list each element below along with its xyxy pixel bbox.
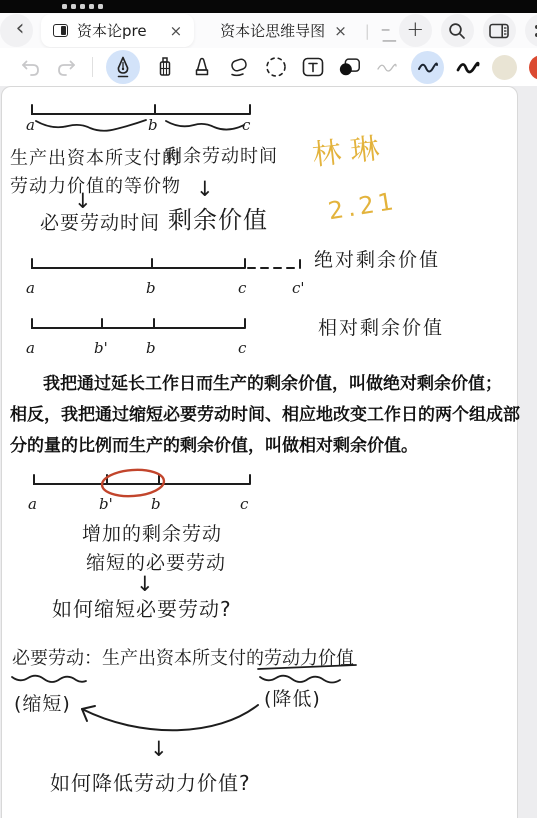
lasso-tool[interactable] (264, 55, 288, 79)
close-tab-icon[interactable]: × (334, 22, 347, 40)
diagram-caption: 相对剩余价值 (318, 313, 444, 340)
stroke-width-thin[interactable] (375, 55, 399, 79)
book-quote: 我把通过延长工作日而生产的剩余价值，叫做绝对剩余价值； 相反，我把通过缩短必要劳… (10, 369, 513, 462)
status-dot-icon (89, 4, 94, 9)
tab-label: 资本论pre (77, 20, 147, 41)
axis-label: c (242, 116, 250, 134)
marker-icon (155, 56, 175, 78)
handwritten-text: 增加的剩余劳动 (82, 519, 222, 546)
search-icon (448, 22, 466, 40)
tab-capital-mindmap[interactable]: 资本论思维导图 × (208, 14, 359, 47)
lasso-icon (264, 55, 288, 79)
definition-line: 必要劳动：生产出资本所支付的劳动力价值 (12, 644, 354, 670)
toolbar-divider (92, 57, 93, 77)
down-arrow-icon: ↓ (196, 177, 214, 201)
status-dot-icon (71, 4, 76, 9)
handwritten-text: 劳动力价值的等价物 (10, 172, 181, 198)
quote-line: 我把通过延长工作日而生产的剩余价值，叫做绝对剩余价值； (10, 369, 513, 400)
fountain-pen-tool-selected[interactable] (106, 50, 140, 84)
quote-line: 相反，我把通过缩短必要劳动时间、相应地改变工作日的两个组成部 (10, 400, 513, 431)
search-button[interactable] (441, 14, 474, 47)
axis-label: a (26, 279, 35, 297)
highlighter-icon (192, 56, 212, 78)
fountain-pen-icon (113, 56, 133, 78)
marker-tool[interactable] (153, 55, 177, 79)
handwritten-text: 缩短的必要劳动 (86, 548, 226, 575)
text-tool[interactable] (301, 55, 325, 79)
handwritten-text: 生产出资本所支付的 (10, 144, 181, 170)
definition-head: 必要劳动： (12, 648, 102, 669)
handwritten-note: (降低) (264, 684, 321, 711)
medium-stroke-icon (417, 60, 439, 74)
axis-label: b (146, 339, 156, 357)
reader-panel-button[interactable] (483, 14, 516, 47)
axis-label: a (26, 339, 35, 357)
more-menu-button[interactable] (525, 14, 537, 47)
signature-name: 林琳 (310, 125, 390, 174)
axis-label: c (240, 495, 248, 513)
axis-label: b (151, 495, 161, 513)
thick-stroke-icon (456, 59, 480, 75)
highlighter-tool[interactable] (190, 55, 214, 79)
pen-toolbar (0, 48, 537, 86)
red-highlight-ellipse (101, 468, 165, 498)
redo-button[interactable] (55, 55, 79, 79)
axis-label: c (238, 279, 246, 297)
handwritten-text: 如何缩短必要劳动? (52, 593, 232, 622)
axis-label: b (148, 116, 158, 134)
shapes-icon (338, 56, 362, 78)
handwritten-text: 剩余价值 (168, 200, 268, 235)
definition-tail: 劳动力价值 (264, 648, 354, 669)
axis-label: a (26, 116, 35, 134)
diagram-caption: 绝对剩余价值 (314, 245, 440, 272)
tab-strip-marks: _— (382, 13, 399, 49)
back-button[interactable]: ‹ (0, 14, 33, 47)
handwritten-text: 如何降低劳动力价值? (50, 767, 251, 796)
note-app-window: ‹ 资本论pre × 资本论思维导图 × | _— + (0, 0, 537, 818)
axis-label: b' (99, 495, 113, 513)
axis-label: b (146, 279, 156, 297)
status-dot-icon (98, 4, 103, 9)
color-swatch-cream[interactable] (492, 55, 517, 80)
undo-icon (19, 58, 41, 76)
reader-panel-icon (489, 23, 509, 39)
eraser-icon (227, 56, 251, 78)
shapes-tool[interactable] (338, 55, 362, 79)
status-dot-icon (80, 4, 85, 9)
axis-label: c (238, 339, 246, 357)
tab-label: 资本论思维导图 (220, 20, 325, 41)
handwritten-note: (缩短) (14, 689, 71, 716)
handwritten-text: 剩余劳动时间 (164, 142, 278, 168)
status-bar (0, 0, 537, 13)
note-canvas[interactable]: a b c 生产出资本所支付的 劳动力价值的等价物 ↓ 必要劳动时间 剩余劳动时… (1, 86, 518, 818)
down-arrow-icon: ↓ (150, 737, 168, 761)
eraser-tool[interactable] (227, 55, 251, 79)
text-tool-icon (301, 56, 325, 78)
back-chevron-icon: ‹ (16, 18, 25, 43)
tab-bar-actions: + (399, 14, 537, 47)
plus-icon: + (407, 19, 425, 42)
signature-date: 2.21 (326, 187, 399, 226)
axis-label: c' (292, 279, 305, 297)
handwritten-text: 必要劳动时间 (40, 208, 160, 235)
status-dot-icon (62, 4, 67, 9)
content-area: a b c 生产出资本所支付的 劳动力价值的等价物 ↓ 必要劳动时间 剩余劳动时… (0, 86, 537, 818)
thin-stroke-icon (376, 60, 398, 74)
definition-body: 生产出资本所支付的 (102, 648, 264, 669)
quote-line: 分的量的比例而生产的剩余价值，叫做相对剩余价值。 (10, 431, 513, 462)
axis-label: b' (94, 339, 108, 357)
stroke-width-thick[interactable] (456, 55, 480, 79)
stroke-width-medium-selected[interactable] (411, 51, 444, 84)
document-panel-icon (53, 24, 68, 37)
tab-separator: | (365, 22, 370, 40)
color-swatch-red[interactable] (529, 55, 537, 80)
undo-button[interactable] (18, 55, 42, 79)
tab-bar: ‹ 资本论pre × 资本论思维导图 × | _— + (0, 13, 537, 48)
add-tab-button[interactable]: + (399, 14, 432, 47)
close-tab-icon[interactable]: × (170, 22, 183, 40)
redo-icon (56, 58, 78, 76)
axis-label: a (28, 495, 37, 513)
tab-capital-pre[interactable]: 资本论pre × (41, 14, 194, 47)
